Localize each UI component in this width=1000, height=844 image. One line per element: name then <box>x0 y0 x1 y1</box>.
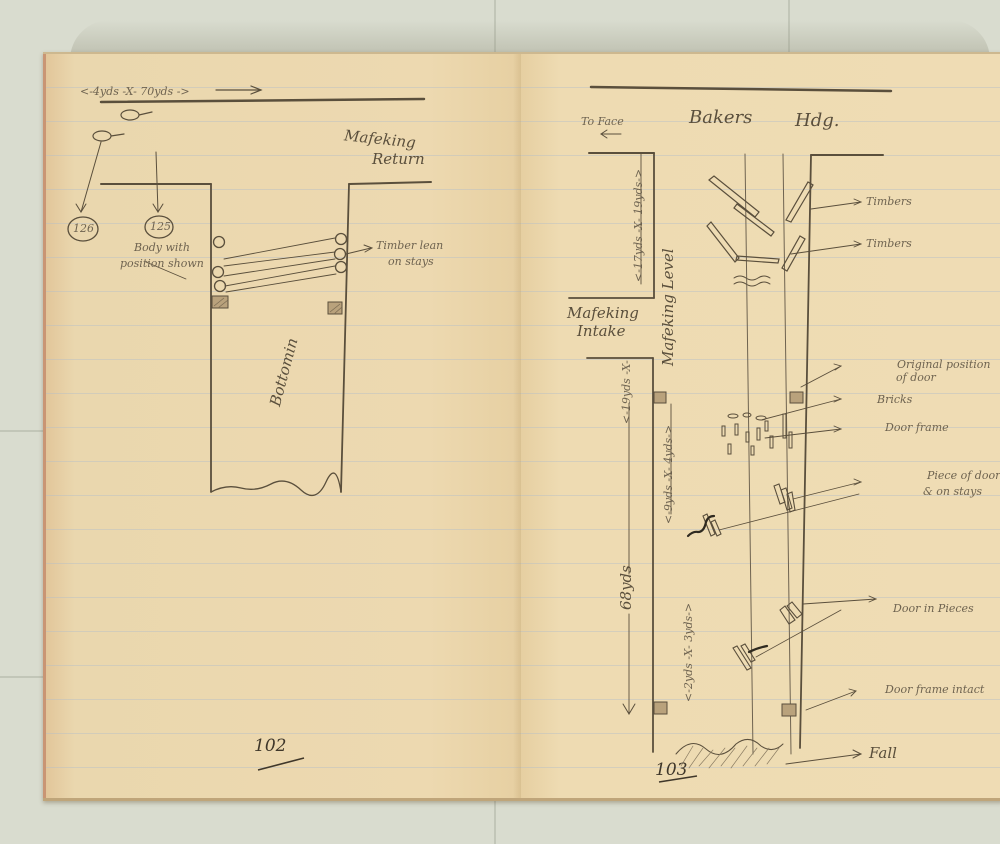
dimension-inner: <-9yds -X- 4yds-> <box>663 425 674 524</box>
dimension-mid: <-19yds -X- <box>621 360 632 424</box>
marker-125: 125 <box>150 221 171 232</box>
label-piece-of-door-stays: & on stays <box>923 486 982 497</box>
label-original-position-door: of door <box>896 372 936 383</box>
dimension-top: <-17yds -X- 19yds-> <box>633 169 644 282</box>
notebook-spread: <-4yds -X- 70yds -> Mafeking Return 126 … <box>43 52 1000 801</box>
tile-grout-line <box>0 430 43 432</box>
left-page-sketch <box>46 54 524 798</box>
label-timbers-1: Timbers <box>866 196 912 207</box>
title-return: Return <box>372 152 425 167</box>
heading-hdg: Hdg. <box>795 112 839 130</box>
label-fall: Fall <box>869 746 897 761</box>
label-mafeking-intake-1: Mafeking <box>567 306 639 321</box>
label-piece-of-door: Piece of door <box>927 470 1000 481</box>
dimension-lower: <-2yds -X- 3yds-> <box>683 603 694 702</box>
marker-126: 126 <box>73 223 94 234</box>
label-door-frame-intact: Door frame intact <box>885 684 984 695</box>
page-number-right: 103 <box>655 760 687 780</box>
heading-bakers: Bakers <box>689 109 752 127</box>
page-number-left: 102 <box>254 736 286 756</box>
annotation-body: Body with <box>134 242 190 253</box>
dimension-long: 68yds <box>619 565 634 610</box>
label-original-position: Original position <box>897 359 990 370</box>
scale-note: <-4yds -X- 70yds -> <box>80 86 190 97</box>
label-door-frame: Door frame <box>885 422 949 433</box>
label-mafeking-level: Mafeking Level <box>661 248 676 366</box>
annotation-timber-stays: on stays <box>388 256 434 267</box>
label-to-face: To Face <box>581 116 624 127</box>
annotation-timber: Timber lean <box>376 240 443 251</box>
label-timbers-2: Timbers <box>866 238 912 249</box>
label-door-in-pieces: Door in Pieces <box>893 603 974 614</box>
right-page: To Face Bakers Hdg. Mafeking Intake Mafe… <box>521 54 1000 798</box>
annotation-body-position: position shown <box>120 258 204 269</box>
tile-grout-line <box>0 676 43 678</box>
tile-grout-line <box>494 798 496 844</box>
left-page: <-4yds -X- 70yds -> Mafeking Return 126 … <box>43 54 524 798</box>
label-bricks: Bricks <box>877 394 912 405</box>
label-mafeking-intake-2: Intake <box>577 324 626 339</box>
